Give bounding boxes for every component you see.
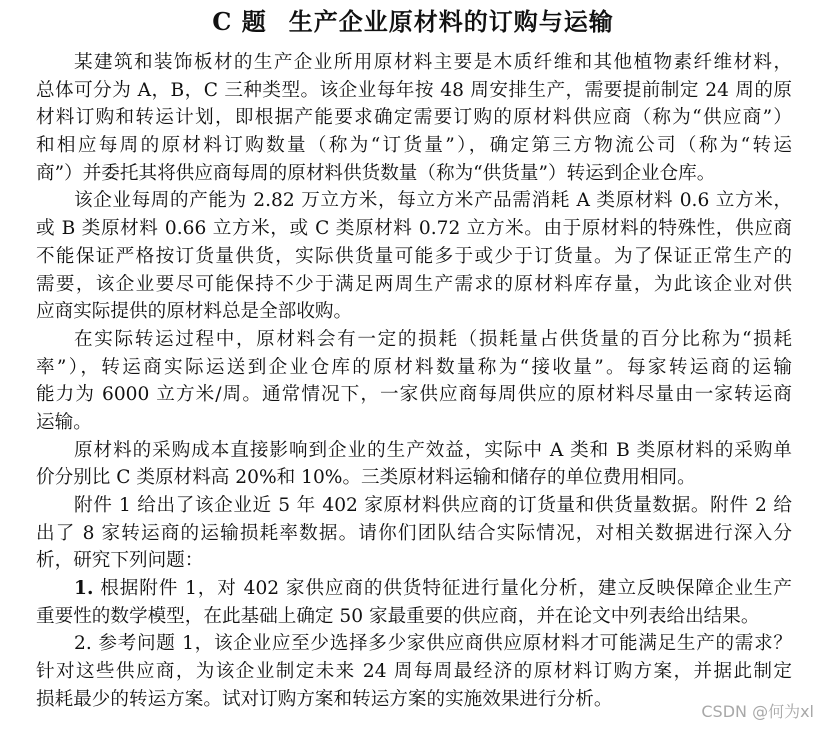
text-line: 率”），转运商实际运送到企业仓库的原材料数量称为“接收量”。每家转运商的运输 <box>36 354 792 382</box>
text-line: 材料订购和转运计划，即根据产能要求确定需要订购的原材料供应商（称为“供应商”） <box>36 104 792 132</box>
title-text: 生产企业原材料的订购与运输 <box>289 7 614 36</box>
text-line: 或 B 类原材料 0.66 立方米，或 C 类原材料 0.72 立方米。由于原材… <box>36 215 792 243</box>
text-line: 需要，该企业要尽可能保持不少于满足两周生产需求的原材料库存量，为此该企业对供 <box>36 271 792 299</box>
text-line: 损耗最少的转运方案。试对订购方案和转运方案的实施效果进行分析。 <box>36 686 792 714</box>
text-line: 根据附件 1，对 402 家供应商的供货特征进行量化分析，建立反映保障企业生产 <box>100 578 792 599</box>
text-line: 商”）并委托其将供应商每周的原材料供货数量（称为“供货量”）转运到企业仓库。 <box>36 160 792 188</box>
text-line: 重要性的数学模型，在此基础上确定 50 家最重要的供应商，并在论文中列表给出结果… <box>36 603 792 631</box>
question-1-number: 1. <box>74 578 93 599</box>
text-line: 该企业每周的产能为 2.82 万立方米，每立方米产品需消耗 A 类原材料 0.6… <box>36 187 792 215</box>
text-line: 和相应每周的原材料订购数量（称为“订货量”），确定第三方物流公司（称为“转运 <box>36 132 792 160</box>
question-2-number: 2. <box>74 633 92 654</box>
text-line: 原材料的采购成本直接影响到企业的生产效益，实际中 A 类和 B 类原材料的采购单 <box>36 437 792 465</box>
text-line: 附件 1 给出了该企业近 5 年 402 家原材料供应商的订货量和供货量数据。附… <box>36 492 792 520</box>
text-line: 某建筑和装饰板材的生产企业所用原材料主要是木质纤维和其他植物素纤维材料， <box>36 49 792 77</box>
text-line: 运输。 <box>36 409 792 437</box>
text-line: 针对这些供应商，为该企业制定未来 24 周每周最经济的原材料订购方案，并据此制定 <box>36 658 792 686</box>
text-line: 参考问题 1，该企业应至少选择多少家供应商供应原材料才可能满足生产的需求？ <box>98 633 792 654</box>
document-title: C 题生产企业原材料的订购与运输 <box>0 4 826 40</box>
text-line: 出了 8 家转运商的运输损耗率数据。请你们团队结合实际情况，对相关数据进行深入分 <box>36 520 792 548</box>
text-line: 能力为 6000 立方米/周。通常情况下，一家供应商每周供应的原材料尽量由一家转… <box>36 381 792 409</box>
text-line: 总体可分为 A，B，C 三种类型。该企业每年按 48 周安排生产，需要提前制定 … <box>36 77 792 105</box>
text-line: 应商实际提供的原材料总是全部收购。 <box>36 298 792 326</box>
text-line: 价分别比 C 类原材料高 20%和 10%。三类原材料运输和储存的单位费用相同。 <box>36 464 792 492</box>
question-number: C 题 <box>212 7 266 36</box>
text-line: 不能保证严格按订货量供货，实际供货量可能多于或少于订货量。为了保证正常生产的 <box>36 243 792 271</box>
document-body: 某建筑和装饰板材的生产企业所用原材料主要是木质纤维和其他植物素纤维材料， 总体可… <box>36 49 792 714</box>
text-line: 析，研究下列问题： <box>36 547 792 575</box>
text-line: 在实际转运过程中，原材料会有一定的损耗（损耗量占供货量的百分比称为“损耗 <box>36 326 792 354</box>
question-1: 1. 根据附件 1，对 402 家供应商的供货特征进行量化分析，建立反映保障企业… <box>36 575 792 603</box>
question-2: 2. 参考问题 1，该企业应至少选择多少家供应商供应原材料才可能满足生产的需求？ <box>36 630 792 658</box>
csdn-watermark: CSDN @何为xl <box>701 699 814 722</box>
